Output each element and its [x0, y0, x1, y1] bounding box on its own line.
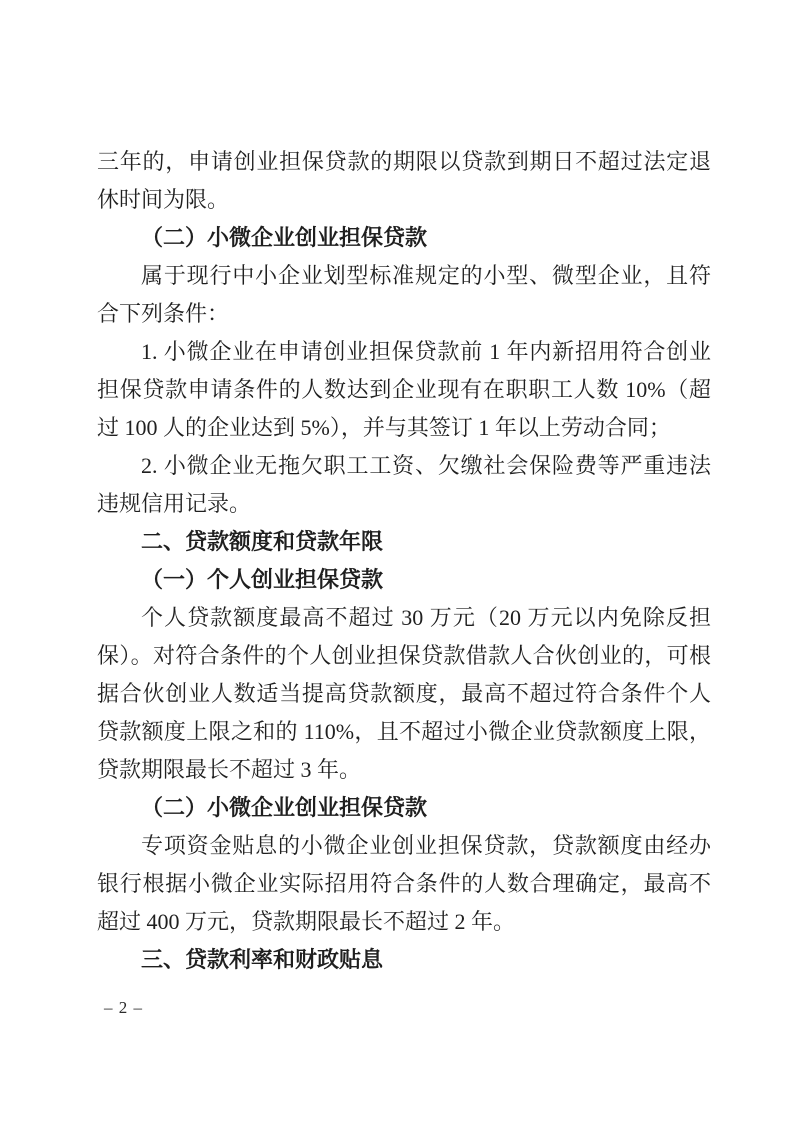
chapter-heading-2-loan-amount-term: 二、贷款额度和贷款年限	[97, 523, 711, 561]
document-body: 三年的，申请创业担保贷款的期限以贷款到期日不超过法定退休时间为限。 （二）小微企…	[97, 143, 711, 979]
paragraph-smallbiz-loan-details: 专项资金贴息的小微企业创业担保贷款，贷款额度由经办银行根据小微企业实际招用符合条…	[97, 827, 711, 941]
chapter-heading-3-interest-subsidy: 三、贷款利率和财政贴息	[97, 941, 711, 979]
paragraph-eligibility-intro: 属于现行中小企业划型标准规定的小型、微型企业，且符合下列条件：	[97, 257, 711, 333]
document-page: 三年的，申请创业担保贷款的期限以贷款到期日不超过法定退休时间为限。 （二）小微企…	[0, 0, 793, 1122]
section-heading-2-smallbiz-loans: （二）小微企业创业担保贷款	[97, 219, 711, 257]
paragraph-condition-2: 2. 小微企业无拖欠职工工资、欠缴社会保险费等严重违法违规信用记录。	[97, 447, 711, 523]
page-number: – 2 –	[104, 998, 143, 1017]
section-heading-1-personal-loans: （一）个人创业担保贷款	[97, 561, 711, 599]
paragraph-continuation: 三年的，申请创业担保贷款的期限以贷款到期日不超过法定退休时间为限。	[97, 143, 711, 219]
page-footer: – 2 –	[104, 997, 143, 1019]
paragraph-personal-loan-details: 个人贷款额度最高不超过 30 万元（20 万元以内免除反担保）。对符合条件的个人…	[97, 599, 711, 789]
section-heading-2-smallbiz-loans-repeat: （二）小微企业创业担保贷款	[97, 789, 711, 827]
paragraph-condition-1: 1. 小微企业在申请创业担保贷款前 1 年内新招用符合创业担保贷款申请条件的人数…	[97, 333, 711, 447]
